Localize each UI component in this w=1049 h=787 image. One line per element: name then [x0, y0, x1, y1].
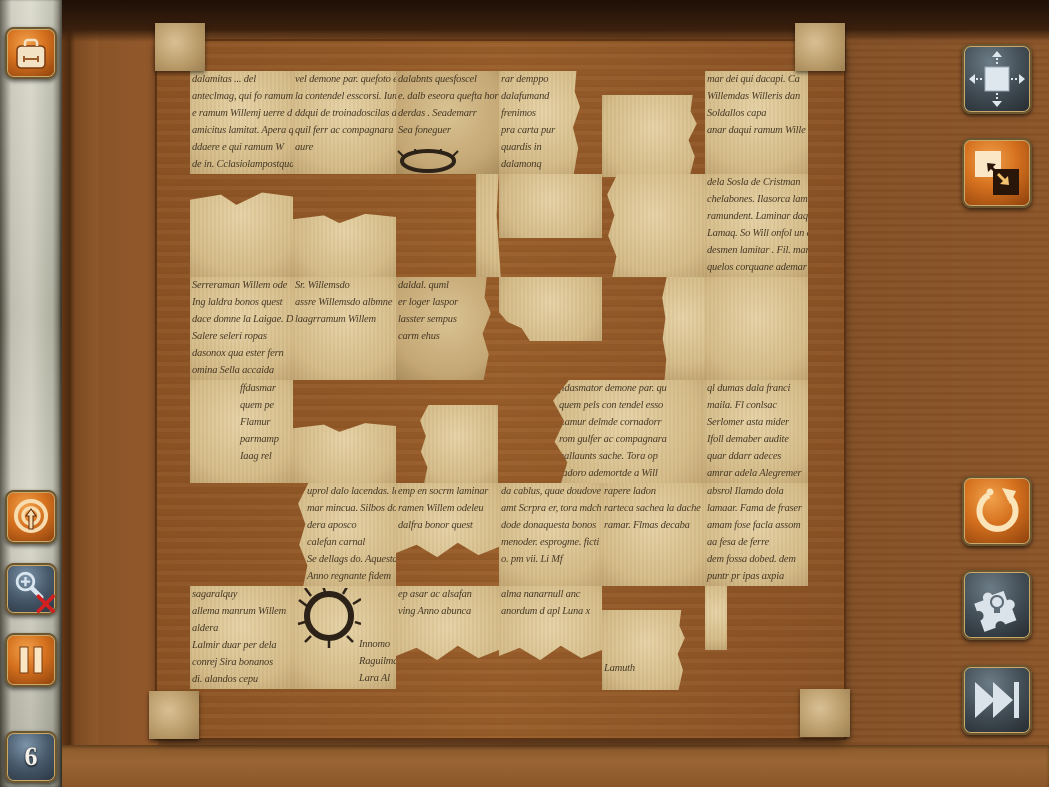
tile-text: dasonox qua ester fern	[190, 345, 293, 362]
tile-text: rar demppo	[499, 71, 587, 88]
tile-text: Se dellags do. Aquesta	[305, 551, 396, 568]
tile-text: frenimos	[499, 105, 587, 122]
puzzle-tile-r0-c5[interactable]: mar dei qui dacapi. Ca Willemdas Willeri…	[705, 71, 808, 174]
reset-button[interactable]	[962, 476, 1032, 546]
puzzle-tile-r1-c5[interactable]: dela Sosla de Cristman chelabones. Ilaso…	[705, 174, 808, 277]
tile-text: assre Willemsdo albmne	[293, 294, 396, 311]
board-corner-bottom-left	[149, 691, 199, 739]
puzzle-tile-r3-c4[interactable]: fidasmator demone par. qu quem pels con …	[545, 380, 705, 483]
target-button[interactable]	[5, 490, 57, 544]
tile-text: Iadoro ademortde a Will	[557, 465, 705, 482]
tile-text: nallaunts sache. Tora op	[557, 448, 705, 465]
puzzle-tile-r0-c1[interactable]: vel demone par. quefoto en la contendel …	[293, 71, 396, 174]
tile-text: de in. Cclasiolampostquam	[190, 156, 293, 173]
tile-text: quardis in	[499, 139, 587, 156]
tile-text: menoder. esprogme. ficti	[499, 534, 602, 551]
inventory-button[interactable]	[5, 27, 57, 79]
tile-text: di. alandos cepu	[190, 671, 293, 688]
tile-text: ramundent. Laminar daq	[705, 208, 808, 225]
tile-text: fidasmator demone par. qu	[557, 380, 705, 397]
tile-text: dera aposco	[305, 517, 396, 534]
tile-text: amt Scrpra er, tora mdch	[499, 500, 602, 517]
tile-text: mar dei qui dacapi. Ca	[705, 71, 808, 88]
reset-circular-arrow-icon	[969, 483, 1025, 539]
tile-text: conrej Sira bonanos	[190, 654, 293, 671]
tile-text: aure	[293, 139, 396, 156]
tile-text: derdas . Seademarr	[396, 105, 499, 122]
tile-text: quar ddarr adeces	[705, 448, 808, 465]
puzzle-tile-r2-c2[interactable]: daldal. quml er loger laspor lasster sem…	[396, 277, 499, 380]
puzzle-tile-r4-c5[interactable]: absrol Ilamdo dola lamaar. Fama de frase…	[705, 483, 808, 586]
left-wooden-panel	[98, 30, 158, 750]
tile-text: chelabones. Ilasorca lam	[705, 191, 808, 208]
tile-text: Sea foneguer	[396, 122, 499, 139]
disabled-x-icon	[38, 596, 53, 611]
tile-text: anordum d apl Luna x	[499, 603, 602, 620]
tile-text: rarteca sachea la dache	[602, 500, 705, 517]
tile-text: Serreraman Willem ode	[190, 277, 293, 294]
tile-text: amicitus lamitat. Apera qu	[190, 122, 293, 139]
puzzle-tile-r3-c2[interactable]	[416, 405, 498, 483]
tile-text: Soldallos capa	[705, 105, 808, 122]
puzzle-tile-r0-c4-blank[interactable]	[602, 95, 705, 177]
swap-squares-icon	[969, 145, 1025, 201]
tile-text: amrar adela Alegremer	[705, 465, 808, 482]
tile-text: rapere ladon	[602, 483, 705, 500]
board-corner-top-right	[795, 23, 845, 71]
tile-text: dace domne la Laigae. Do	[190, 311, 293, 328]
puzzle-tile-r4-c3[interactable]: da cablus, quae doudove amt Scrpra er, t…	[499, 483, 602, 586]
tile-text: e. dalb eseora quefta hor	[396, 88, 499, 105]
tile-text: Ifoll demaber audite	[705, 431, 808, 448]
puzzle-tile-r0-c3[interactable]: rar demppo dalafumand frenimos pra carta…	[499, 71, 587, 174]
tile-text: o. pm vii. Li Mf	[499, 551, 602, 568]
tile-text: dem fossa dobed. dem	[705, 551, 808, 568]
tile-text: amam fose facla assom	[705, 517, 808, 534]
tile-text: Anno regnante fidem	[305, 568, 396, 585]
tile-text: Ing laldra bonos quest	[190, 294, 293, 311]
puzzle-tile-r1-c4[interactable]	[602, 174, 705, 277]
tile-text: dela Sosla de Cristman	[705, 174, 808, 191]
tile-text: dalamonq	[499, 156, 587, 173]
tile-text: da cablus, quae doudove	[499, 483, 602, 500]
tile-text: dalfra bonor quest	[396, 517, 499, 534]
puzzle-tile-r5-c5-strip[interactable]	[705, 586, 727, 650]
puzzle-tile-r5-c4[interactable]: Lamuth	[602, 610, 692, 690]
tile-text: omina Sella accaida	[190, 362, 293, 379]
tile-text: puntr pr ipas axpia	[705, 568, 808, 585]
tile-text: emp en socrm laminar	[396, 483, 499, 500]
tile-text: ramen Willem odeleu	[396, 500, 499, 517]
tile-text: anar daqui ramum Wille	[705, 122, 808, 139]
tile-text: calefan carnal	[305, 534, 396, 551]
tile-text: aldera	[190, 620, 293, 637]
left-wooden-post	[60, 0, 98, 750]
tile-text: uprol dalo lacendas. ladeq	[305, 483, 396, 500]
tile-text: la contendel esscorsi. Ium	[293, 88, 396, 105]
board-corner-top-left	[155, 23, 205, 71]
puzzle-tile-r2-c1[interactable]: Sr. Willemsdo assre Willemsdo albmne laa…	[293, 277, 396, 380]
crown-of-thorns-icon	[396, 149, 460, 174]
tile-text: er loger laspor	[396, 294, 499, 311]
puzzle-tile-r2-c0[interactable]: Serreraman Willem ode Ing laldra bonos q…	[190, 277, 293, 380]
tile-text: daldal. quml	[396, 277, 499, 294]
puzzle-tile-r3-c0[interactable]: ffdasmar quem pe Flamur parmamp Iaag rel	[190, 380, 293, 483]
tile-text: lasster sempus	[396, 311, 499, 328]
tile-text: quelos corquane ademar	[705, 259, 808, 276]
puzzle-tile-r2-c5[interactable]	[705, 277, 808, 380]
tile-text: Flamur	[190, 414, 293, 431]
tile-text: Lamuth	[602, 660, 692, 677]
tile-text: ffdasmar	[190, 380, 293, 397]
tile-text: mar mincua. Silbos dolemo	[305, 500, 396, 517]
tile-text: anteclmag, qui fo ramum W	[190, 88, 293, 105]
puzzle-tile-r4-c4[interactable]: rapere ladon rarteca sachea la dache ram…	[602, 483, 705, 586]
move-arrows-icon	[967, 49, 1027, 109]
tile-text: parmamp	[190, 431, 293, 448]
magnifier-plus-icon	[7, 563, 55, 615]
tile-text: e ramum Willemj uerre d	[190, 105, 293, 122]
puzzle-tile-r2-c4-strip[interactable]	[660, 277, 705, 380]
skip-button[interactable]	[962, 665, 1032, 735]
hint-button[interactable]	[962, 570, 1032, 640]
tile-text: maila. Fl conlsac	[705, 397, 808, 414]
counter-value: 6	[25, 742, 38, 772]
target-arrow-icon	[11, 497, 51, 537]
puzzle-tile-r4-c1[interactable]: uprol dalo lacendas. ladeq mar mincua. S…	[293, 483, 396, 586]
tile-text: vel demone par. quefoto en	[293, 71, 396, 88]
tile-text: Serlomer asta mider	[705, 414, 808, 431]
puzzle-tile-r1-c3-blank[interactable]	[499, 174, 602, 238]
top-shelf-shadow	[60, 0, 1049, 42]
puzzle-tile-r0-c2[interactable]: dalabnts quesfoscel e. dalb eseora queft…	[396, 71, 499, 174]
satchel-icon	[12, 34, 50, 72]
pause-icon	[16, 644, 46, 676]
tile-text: aa fesa de ferre	[705, 534, 808, 551]
skip-forward-icon	[971, 678, 1023, 722]
tile-text: desmen lamitar . Fil. mar	[705, 242, 808, 259]
tile-text: dode donaquesta bonos	[499, 517, 602, 534]
tile-text: dalafumand	[499, 88, 587, 105]
puzzle-tile-r0-c0[interactable]: dalamitas ... del anteclmag, qui fo ramu…	[190, 71, 293, 174]
tile-text: lamaar. Fama de fraser	[705, 500, 808, 517]
pause-button[interactable]	[5, 633, 57, 687]
tile-text: ddqui de troinadoscilas d	[293, 105, 396, 122]
tile-text: Lamur delmde cornadorr	[557, 414, 705, 431]
tile-text: laagrramum Willem	[293, 311, 396, 328]
tile-text: absrol Ilamdo dola	[705, 483, 808, 500]
puzzle-lightbulb-icon	[968, 576, 1026, 634]
tile-text: quil ferr ac compagnara . S	[293, 122, 396, 139]
tile-text: alma nanarnull anc	[499, 586, 602, 603]
tile-text: ddaere e qui ramum W	[190, 139, 293, 156]
puzzle-tile-r3-c5[interactable]: ql dumas dala franci maila. Fl conlsac S…	[705, 380, 808, 483]
tile-text: sagaralquy	[190, 586, 293, 603]
swap-pieces-button[interactable]	[962, 138, 1032, 208]
tile-text: Innomo	[293, 636, 396, 653]
tile-text: allema manrum Willem	[190, 603, 293, 620]
tile-text: Lara Al	[293, 670, 396, 687]
tile-text: ramar. Flmas decaba	[602, 517, 705, 534]
puzzle-tile-r5-c1[interactable]: Innomo Raguilma Lara Al	[293, 586, 396, 689]
tile-text: ep asar ac alsafan	[396, 586, 499, 603]
tile-text: rom gulfer ac compagnara	[557, 431, 705, 448]
puzzle-tile-r5-c0[interactable]: sagaralquy allema manrum Willem aldera L…	[190, 586, 293, 689]
bottom-wooden-ledge	[60, 745, 1049, 787]
tile-text: Salere seleri ropas	[190, 328, 293, 345]
tile-text: Iaag rel	[190, 448, 293, 465]
tile-text: Lalmir duar per dela	[190, 637, 293, 654]
tile-text: ql dumas dala franci	[705, 380, 808, 397]
tile-text: ving Anno abunca	[396, 603, 499, 620]
tile-text: Sr. Willemsdo	[293, 277, 396, 294]
tile-text: dalamitas ... del	[190, 71, 293, 88]
tile-text: quem pels con tendel esso	[557, 397, 705, 414]
tile-text: quem pe	[190, 397, 293, 414]
tile-text: Raguilma	[293, 653, 396, 670]
tile-text: Lamaq. So Will onfol un de	[705, 225, 808, 242]
move-piece-button[interactable]	[962, 44, 1032, 114]
tile-text: Willemdas Willeris dan	[705, 88, 808, 105]
tile-text: dalabnts quesfoscel	[396, 71, 499, 88]
counter-badge: 6	[5, 731, 57, 783]
board-corner-bottom-right	[800, 689, 850, 737]
zoom-button-disabled[interactable]	[5, 563, 57, 615]
